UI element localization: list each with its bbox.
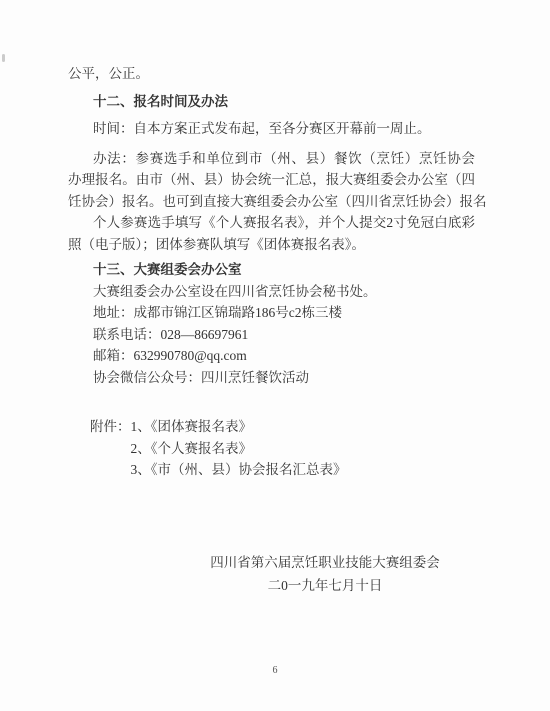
signature-organization: 四川省第六届烹饪职业技能大赛组委会 bbox=[175, 551, 475, 574]
page-number: 6 bbox=[0, 665, 550, 677]
office-location-line: 大赛组委会办公室设在四川省烹饪协会秘书处。 bbox=[68, 281, 475, 303]
document-page: 公平，公正。 十二、报名时间及办法 时间：自本方案正式发布起，至各分赛区开幕前一… bbox=[0, 0, 550, 711]
wechat-account-line: 协会微信公众号：四川烹饪餐饮活动 bbox=[68, 367, 475, 389]
attachments-list: 1、《团体赛报名表》 2、《个人赛报名表》 3、《市（州、县）协会报名汇总表》 bbox=[131, 416, 347, 481]
attachment-item: 3、《市（州、县）协会报名汇总表》 bbox=[131, 459, 347, 481]
attachments-label: 附件： bbox=[90, 416, 131, 438]
section-12-heading: 十二、报名时间及办法 bbox=[68, 91, 475, 113]
section-13-heading: 十三、大赛组委会办公室 bbox=[68, 259, 475, 281]
method-line: 办法：参赛选手和单位到市（州、县）餐饮（烹饪）烹饪协会（商会） bbox=[68, 148, 475, 170]
phone-line: 联系电话：028—86697961 bbox=[68, 324, 475, 346]
intro-line: 公平，公正。 bbox=[68, 63, 475, 85]
method-line: 照（电子版）；团体参赛队填写《团体赛报名表》。 bbox=[68, 234, 475, 256]
registration-time-line: 时间：自本方案正式发布起，至各分赛区开幕前一周止。 bbox=[68, 118, 475, 140]
signature-date: 二0一九年七月十日 bbox=[175, 574, 475, 597]
method-line: 饪协会）报名。也可到直接大赛组委会办公室（四川省烹饪协会）报名 bbox=[68, 191, 475, 213]
attachment-item: 1、《团体赛报名表》 bbox=[131, 416, 347, 438]
method-line: 个人参赛选手填写《个人赛报名表》，并个人提交2寸免冠白底彩色证件 bbox=[68, 212, 475, 234]
scan-artifact-mark bbox=[2, 54, 5, 62]
address-line: 地址：成都市锦江区锦瑞路186号c2栋三楼 bbox=[68, 302, 475, 324]
document-content: 公平，公正。 十二、报名时间及办法 时间：自本方案正式发布起，至各分赛区开幕前一… bbox=[0, 0, 550, 597]
email-line: 邮箱：632990780@qq.com bbox=[68, 345, 475, 367]
attachments-block: 附件： 1、《团体赛报名表》 2、《个人赛报名表》 3、《市（州、县）协会报名汇… bbox=[68, 416, 475, 481]
method-line: 办理报名。由市（州、县）协会统一汇总，报大赛组委会办公室（四川省烹 bbox=[68, 169, 475, 191]
signature-block: 四川省第六届烹饪职业技能大赛组委会 二0一九年七月十日 bbox=[175, 551, 475, 597]
attachment-item: 2、《个人赛报名表》 bbox=[131, 438, 347, 460]
